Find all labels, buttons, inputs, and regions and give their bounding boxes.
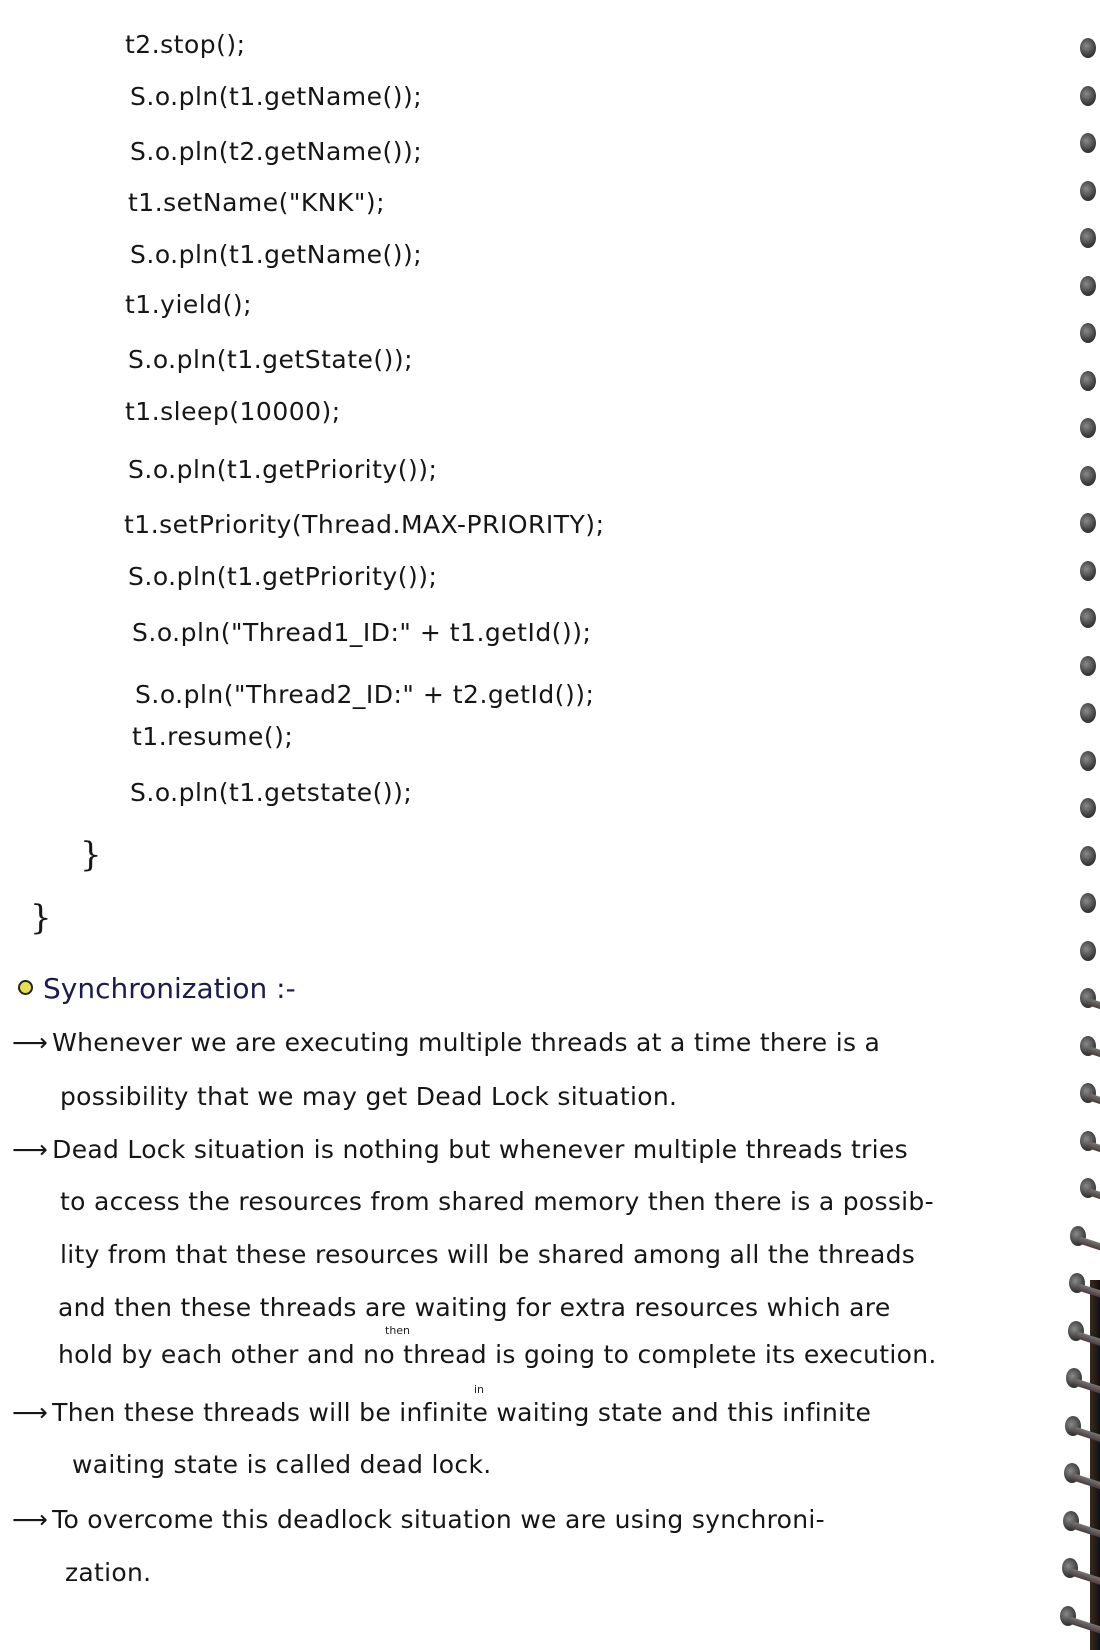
spiral-ring-icon [1080,941,1096,961]
closing-brace: } [80,835,102,875]
spiral-ring-icon [1080,893,1096,913]
para-text: Dead Lock situation is nothing but whene… [52,1135,908,1164]
code-line: t1.yield(); [125,290,252,319]
spiral-wire [1087,1188,1100,1201]
spiral-ring-icon [1080,846,1096,866]
para-text: Whenever we are executing multiple threa… [52,1028,880,1057]
code-line: t2.stop(); [125,30,246,59]
spiral-wire [1087,1141,1100,1154]
spiral-ring-icon [1080,656,1096,676]
para-line: ⟶To overcome this deadlock situation we … [12,1505,825,1534]
section-heading-text: Synchronization :- [43,972,296,1005]
code-line: S.o.pln(t2.getName()); [130,137,422,166]
spiral-wire [1087,998,1100,1011]
spiral-ring-icon [1080,513,1096,533]
code-line: S.o.pln(t1.getName()); [130,240,422,269]
spiral-ring-icon [1080,181,1096,201]
spiral-wire [1087,1046,1100,1059]
para-line: ⟶Then these threads will be infinite wai… [12,1398,871,1427]
bullet-icon [18,980,33,995]
spiral-ring-icon [1080,371,1096,391]
code-line: S.o.pln(t1.getPriority()); [128,562,437,591]
para-line: ⟶Whenever we are executing multiple thre… [12,1028,880,1057]
spiral-ring-icon [1080,751,1096,771]
arrow-icon: ⟶ [12,1028,48,1057]
closing-brace: } [30,898,52,938]
para-line: and then these threads are waiting for e… [58,1293,891,1322]
spiral-binding [1040,0,1100,1650]
code-line: t1.setPriority(Thread.MAX-PRIORITY); [124,510,605,539]
spiral-ring-icon [1080,466,1096,486]
para-line: zation. [65,1558,151,1587]
para-line: to access the resources from shared memo… [60,1187,934,1216]
para-text: To overcome this deadlock situation we a… [52,1505,825,1534]
para-line: ⟶Dead Lock situation is nothing but when… [12,1135,908,1164]
insertion-note: in [474,1383,484,1396]
code-line: t1.setName("KNK"); [128,188,385,217]
para-line: hold by each other and no thread is goin… [58,1340,937,1369]
spiral-wire [1087,1093,1100,1106]
spiral-wire [1077,1236,1100,1252]
spiral-ring-icon [1080,86,1096,106]
para-text: Then these threads will be infinite wait… [52,1398,871,1427]
code-line: S.o.pln(t1.getName()); [130,82,422,111]
spiral-ring-icon [1080,703,1096,723]
para-line: lity from that these resources will be s… [60,1240,915,1269]
code-line: S.o.pln("Thread2_ID:" + t2.getId()); [135,680,594,709]
section-heading: Synchronization :- [18,972,296,1005]
code-line: S.o.pln(t1.getState()); [128,345,413,374]
code-line: t1.resume(); [132,722,293,751]
spiral-ring-icon [1080,418,1096,438]
insertion-note: then [385,1324,410,1337]
spiral-ring-icon [1080,798,1096,818]
code-line: t1.sleep(10000); [125,397,341,426]
code-line: S.o.pln("Thread1_ID:" + t1.getId()); [132,618,591,647]
spiral-ring-icon [1080,228,1096,248]
spiral-ring-icon [1080,38,1096,58]
notebook-page: t2.stop(); S.o.pln(t1.getName()); S.o.pl… [0,0,1100,1650]
spiral-ring-icon [1080,323,1096,343]
arrow-icon: ⟶ [12,1505,48,1534]
para-line: waiting state is called dead lock. [72,1450,491,1479]
code-line: S.o.pln(t1.getstate()); [130,778,412,807]
spiral-ring-icon [1080,133,1096,153]
para-line: possibility that we may get Dead Lock si… [60,1082,677,1111]
spiral-ring-icon [1080,608,1096,628]
arrow-icon: ⟶ [12,1135,48,1164]
arrow-icon: ⟶ [12,1398,48,1427]
spiral-ring-icon [1080,561,1096,581]
code-line: S.o.pln(t1.getPriority()); [128,455,437,484]
spiral-ring-icon [1080,276,1096,296]
